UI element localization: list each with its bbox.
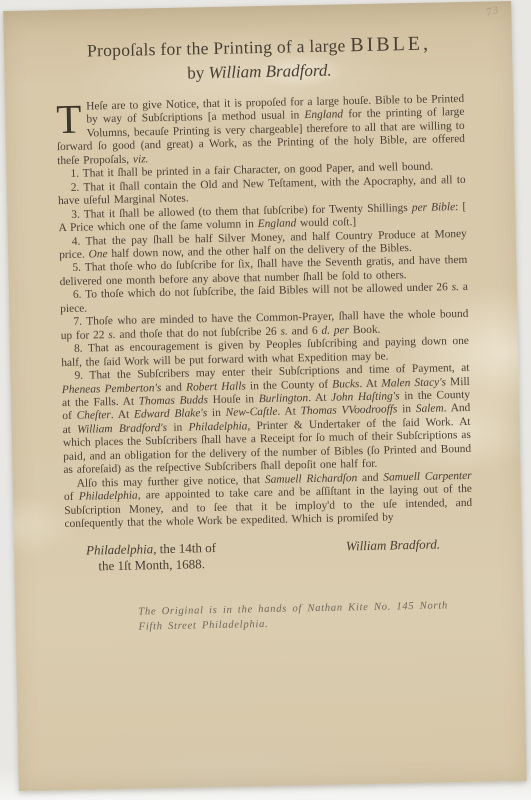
text-segment: the 14th of bbox=[156, 540, 216, 556]
text-segment: in bbox=[167, 421, 189, 433]
text-segment: Pheneas Pemberton's bbox=[62, 382, 162, 396]
provenance-note: The Original is in the hands of Nathan K… bbox=[66, 597, 475, 635]
text-segment: in the County of bbox=[246, 378, 333, 392]
text-segment: Robert Halls bbox=[186, 380, 246, 393]
text-segment: . At bbox=[359, 377, 381, 389]
text-segment: John Haſting's bbox=[331, 390, 400, 403]
text-segment: Propoſals for the Printing of a large bbox=[87, 35, 351, 60]
text-segment: Thomas VVoodrooffs bbox=[301, 404, 398, 418]
text-segment: England bbox=[304, 109, 343, 122]
text-segment: Houſe in bbox=[208, 393, 259, 406]
text-segment: and bbox=[357, 471, 383, 484]
text-segment: viz. bbox=[133, 153, 149, 165]
text-segment: and bbox=[161, 381, 186, 393]
drop-cap-glyph: T bbox=[56, 99, 82, 140]
text-segment: Samuell Richardſon bbox=[265, 472, 358, 486]
text-segment: William Bradford. bbox=[346, 536, 440, 553]
text-segment: per bbox=[334, 324, 349, 336]
text-segment: William Bradford. bbox=[208, 61, 331, 82]
text-segment: by bbox=[187, 63, 209, 82]
text-segment: Book. bbox=[349, 323, 381, 336]
dateline-line2: the 1ſt Month, 1688. bbox=[86, 556, 216, 575]
text-segment: . At bbox=[277, 406, 300, 418]
document-subtitle: by William Bradford. bbox=[55, 57, 463, 86]
text-segment: Thomas Budds bbox=[139, 394, 208, 407]
text-segment: Burlington bbox=[259, 392, 309, 405]
text-segment: the 1ſt Month, 1688. bbox=[98, 556, 205, 573]
text-segment: Philadelphia, bbox=[86, 541, 157, 557]
text-segment: England bbox=[258, 217, 297, 230]
document-paragraphs: THeſe are to give Notice, that it is pro… bbox=[56, 93, 473, 532]
broadside-paper: 73 Propoſals for the Printing of a large… bbox=[3, 1, 527, 791]
text-segment: Samuell Carpenter bbox=[383, 470, 472, 484]
text-segment: in bbox=[397, 403, 416, 415]
text-segment: Philadelphia bbox=[79, 490, 138, 503]
text-segment: Salem bbox=[416, 403, 444, 416]
text-segment: and 6 bbox=[288, 325, 322, 338]
text-segment: One bbox=[88, 248, 107, 260]
text-segment: would coſt.] bbox=[296, 216, 356, 229]
text-segment: of bbox=[64, 491, 79, 503]
text-segment: Malen Stacy's bbox=[381, 376, 446, 389]
text-segment: BIBLE, bbox=[350, 33, 431, 57]
dateline: Philadelphia, the 14th of the 1ſt Month,… bbox=[65, 534, 474, 575]
text-segment: Edward Blake's bbox=[134, 408, 207, 421]
pencil-corner-mark: 73 bbox=[485, 4, 501, 19]
paragraph-opening: THeſe are to give Notice, that it is pro… bbox=[56, 93, 465, 168]
paragraph-item: 9. That the Subſcribers may enter their … bbox=[61, 362, 471, 478]
text-segment: Philadelphia bbox=[188, 420, 247, 433]
drop-cap: T bbox=[56, 102, 84, 130]
text-segment: . At bbox=[308, 392, 331, 404]
text-segment: Bucks bbox=[332, 378, 359, 391]
text-segment: Cheſter bbox=[77, 410, 111, 423]
dateline-place-date: Philadelphia, the 14th of the 1ſt Month,… bbox=[65, 540, 217, 576]
text-segment: per Bible bbox=[412, 201, 456, 214]
signature: William Bradford. bbox=[346, 534, 474, 570]
text-segment: New-Caſtle bbox=[225, 406, 277, 419]
scan-background: { "page": { "corner_mark": "73" }, "titl… bbox=[0, 0, 531, 800]
text-segment: William Bradford's bbox=[77, 422, 167, 436]
document: Propoſals for the Printing of a large BI… bbox=[55, 32, 475, 636]
paragraph-closing: Alſo this may further give notice, that … bbox=[64, 470, 473, 532]
text-segment: . At bbox=[111, 409, 134, 421]
text-segment: in bbox=[207, 407, 226, 419]
